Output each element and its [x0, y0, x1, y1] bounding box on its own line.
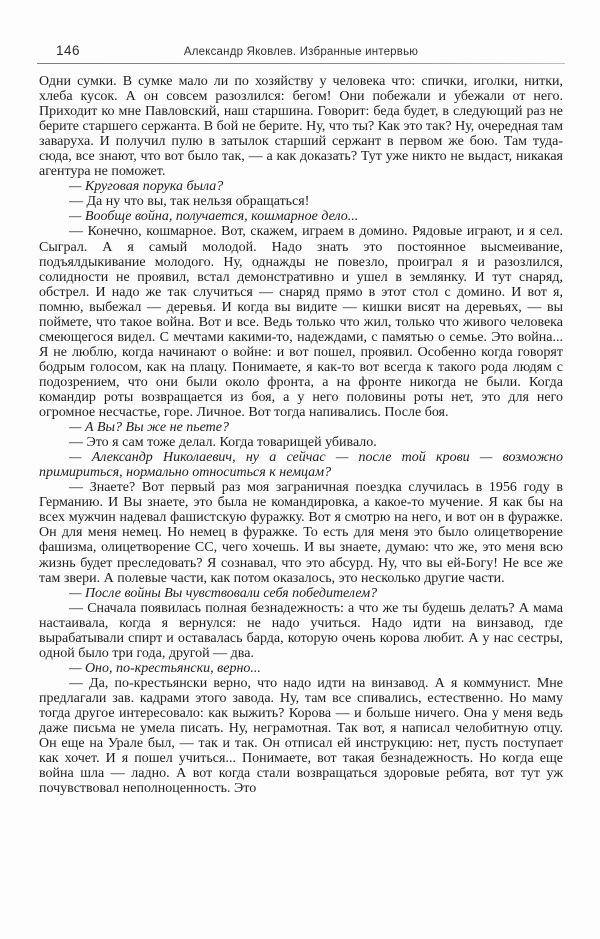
interviewer-question-paragraph: — Круговая порука была?: [39, 179, 563, 194]
text-paragraph: Одни сумки. В сумке мало ли по хозяйству…: [39, 74, 563, 179]
text-paragraph: — Да ну что вы, так нельзя обращаться!: [39, 194, 563, 209]
interviewer-question-paragraph: — Александр Николаевич, ну а сейчас — по…: [39, 450, 563, 480]
interviewer-question-paragraph: — После войны Вы чувствовали себя победи…: [39, 586, 563, 601]
text-paragraph: — Сначала появилась полная безнадежность…: [39, 601, 563, 661]
page-body: Одни сумки. В сумке мало ли по хозяйству…: [39, 74, 563, 796]
header-rule: [37, 63, 565, 64]
text-paragraph: — Да, по-крестьянски верно, что надо идт…: [39, 676, 563, 796]
running-title: Александр Яковлев. Избранные интервью: [37, 46, 565, 58]
book-page: 146 Александр Яковлев. Избранные интервь…: [0, 0, 600, 939]
interviewer-question-paragraph: — А Вы? Вы же не пьете?: [39, 420, 563, 435]
running-header: 146 Александр Яковлев. Избранные интервь…: [0, 0, 600, 64]
text-paragraph: — Это я сам тоже делал. Когда товарищей …: [39, 435, 563, 450]
text-paragraph: — Конечно, кошмарное. Вот, скажем, играе…: [39, 224, 563, 420]
interviewer-question-paragraph: — Оно, по-крестьянски, верно...: [39, 661, 563, 676]
interviewer-question-paragraph: — Вообще война, получается, кошмарное де…: [39, 209, 563, 224]
text-paragraph: — Знаете? Вот первый раз моя заграничная…: [39, 480, 563, 585]
